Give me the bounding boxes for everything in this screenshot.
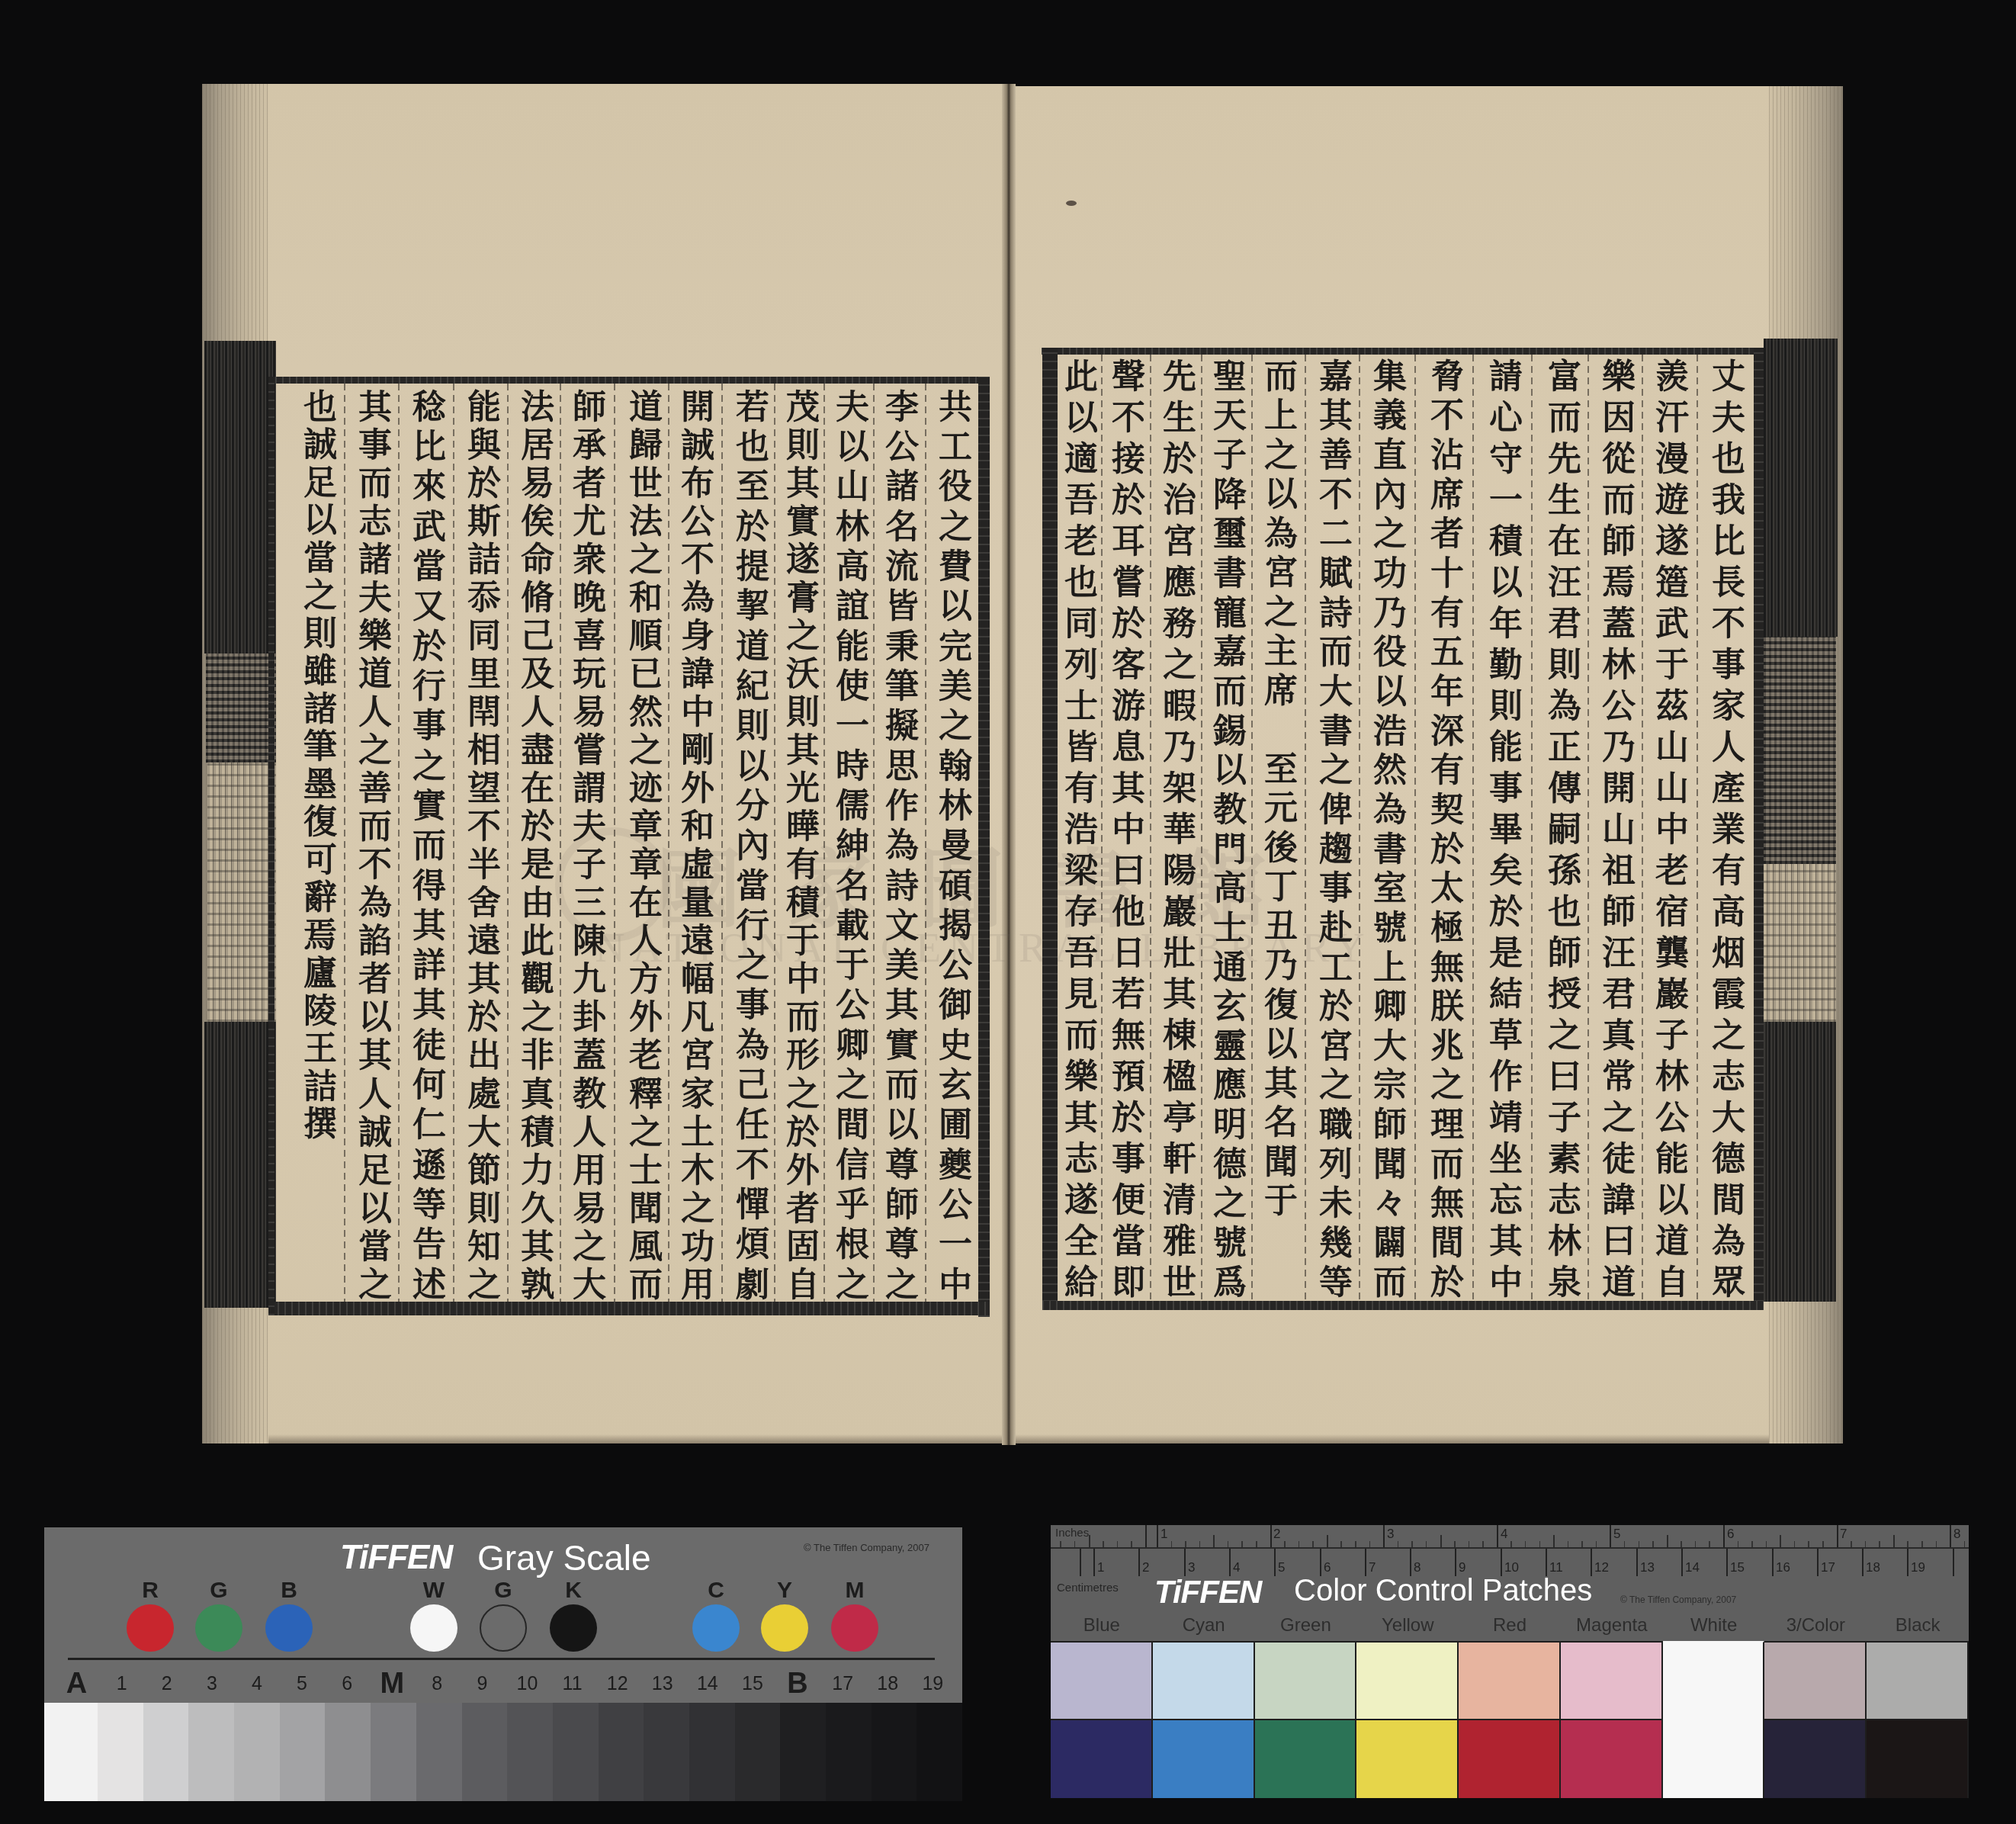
- column-rule: [1587, 355, 1589, 1301]
- light-patch: [1153, 1641, 1255, 1719]
- patch-label: Cyan: [1153, 1614, 1255, 1641]
- light-patch: [1663, 1641, 1765, 1719]
- left-frame-bottom: [271, 1302, 990, 1315]
- column-rule: [1414, 355, 1416, 1301]
- gray-patch: [143, 1703, 189, 1801]
- patch-column-cyan: Cyan: [1153, 1614, 1255, 1798]
- left-frame-top: [268, 377, 990, 384]
- patch-column-red: Red: [1459, 1614, 1561, 1798]
- inch-ruler: [1051, 1525, 1969, 1549]
- light-patch: [1356, 1641, 1459, 1719]
- gray-scale-labels: A 1 2 3 4 5 6 M 8 9 10 11 12 13 14 15 B …: [54, 1667, 955, 1700]
- cm-number: 15: [1730, 1560, 1745, 1575]
- patch-label: Black: [1867, 1614, 1969, 1641]
- patch-label: 3/Color: [1764, 1614, 1867, 1641]
- magenta-dot-icon: [831, 1604, 878, 1652]
- light-patch: [1255, 1641, 1357, 1719]
- text-column: 法居易俟命脩己及人盡在於是由此觀之非真積力久其孰: [509, 389, 558, 1300]
- paper-stain: [1066, 201, 1077, 206]
- column-rule: [398, 384, 400, 1302]
- dot-label: G: [195, 1578, 242, 1603]
- patch-column-white: White: [1663, 1614, 1765, 1798]
- copyright-text: © The Tiffen Company, 2007: [1620, 1594, 1736, 1605]
- dot-label: M: [831, 1578, 878, 1603]
- gray-patch: [689, 1703, 735, 1801]
- text-column: 道歸世法之和順已然之迹章章在人方外老釋之士聞風而: [618, 389, 666, 1300]
- cm-number: 19: [1911, 1560, 1925, 1575]
- cm-number: 7: [1369, 1560, 1376, 1575]
- text-column: 若也至於提挈道紀則以分內當行之事為己任不憚煩劇: [724, 389, 773, 1300]
- inch-number: 8: [1953, 1527, 1960, 1542]
- inch-number: 7: [1840, 1527, 1847, 1542]
- dot-label: R: [127, 1578, 174, 1603]
- text-column: 富而先生在汪君則為正傳嗣孫也師授之曰子素志林泉: [1536, 358, 1585, 1298]
- black-dot-icon: [550, 1604, 597, 1652]
- gray-patch: [507, 1703, 553, 1801]
- column-rule: [1359, 355, 1360, 1301]
- gray-patch: [280, 1703, 326, 1801]
- text-column: 聖天子降璽書寵嘉而錫以教門高士通玄靈應明德之號爲: [1202, 358, 1250, 1298]
- scale-label: 8: [415, 1667, 460, 1700]
- dot-label: W: [410, 1578, 457, 1603]
- cm-number: 8: [1414, 1560, 1421, 1575]
- text-column: 稔比來武當又於行事之實而得其詳其徒何仁遜等告述: [401, 389, 450, 1300]
- inch-number: 4: [1501, 1527, 1507, 1542]
- green-dot-icon: [195, 1604, 242, 1652]
- column-rule: [1697, 355, 1698, 1301]
- inches-label: Inches: [1055, 1527, 1089, 1540]
- cm-number: 16: [1776, 1560, 1790, 1575]
- cm-number: 18: [1866, 1560, 1880, 1575]
- patch-column-yellow: Yellow: [1356, 1614, 1459, 1798]
- color-control-title: Color Control Patches: [1294, 1574, 1592, 1608]
- text-column: 李公諸名流皆秉筆擬思作為詩文美其實而以尊師尊之: [874, 389, 923, 1300]
- light-patch: [1459, 1641, 1561, 1719]
- scale-label: 12: [595, 1667, 640, 1700]
- centimetres-label: Centimetres: [1057, 1582, 1119, 1594]
- scale-label: 19: [910, 1667, 955, 1700]
- inch-number: 3: [1387, 1527, 1394, 1542]
- scale-label: 10: [505, 1667, 550, 1700]
- patch-label: Green: [1255, 1614, 1357, 1641]
- scale-label: 6: [325, 1667, 370, 1700]
- red-dot-icon: [127, 1604, 174, 1652]
- dark-patch: [1153, 1719, 1255, 1798]
- patch-column-black: Black: [1867, 1614, 1969, 1798]
- color-dot-red: R: [127, 1578, 174, 1652]
- light-patch: [1561, 1641, 1663, 1719]
- patch-label: Red: [1459, 1614, 1561, 1641]
- right-edge-ink-band: [1761, 1022, 1836, 1302]
- right-edge-ink-band: [1761, 864, 1836, 1022]
- left-frame-right: [978, 377, 990, 1317]
- color-dot-yellow: Y: [761, 1578, 808, 1652]
- page-bottom-edge: [202, 1434, 1843, 1443]
- dot-label: C: [692, 1578, 740, 1603]
- text-column: 此以適吾老也同列士皆有浩梁存吾見而樂其志遂全給: [1053, 358, 1102, 1298]
- gray-patch: [462, 1703, 508, 1801]
- patch-label: Yellow: [1356, 1614, 1459, 1641]
- dark-patch: [1051, 1719, 1153, 1798]
- text-column: 開誠布公不為身諱中剛外和虛量遠幅凡宮家土木之功用: [669, 389, 718, 1300]
- scale-label: 11: [550, 1667, 595, 1700]
- scale-label: 13: [640, 1667, 685, 1700]
- dot-label: B: [265, 1578, 313, 1603]
- text-column: 樂因從而師焉蓋林公乃開山祖師汪君真常之徒諱曰道: [1591, 358, 1639, 1298]
- scale-label: B: [775, 1667, 820, 1700]
- gray-patch: [735, 1703, 781, 1801]
- patch-column-green: Green: [1255, 1614, 1357, 1798]
- column-rule: [507, 384, 509, 1302]
- gray-patch: [98, 1703, 143, 1801]
- text-column: 夫以山林高誼能使一時儒紳名載于公卿之間信乎根之: [824, 389, 873, 1300]
- book-gutter: [1002, 84, 1016, 1445]
- scale-label: 17: [820, 1667, 865, 1700]
- color-patch-grid: Blue Cyan Green Yellow Red Magenta White…: [1051, 1614, 1969, 1798]
- text-column: 能與於斯詰忝同里閈相望不半舍遠其於出處大節則知之: [456, 389, 505, 1300]
- patch-column-3-color: 3/Color: [1764, 1614, 1867, 1798]
- right-edge-ink-band: [1758, 637, 1836, 864]
- patch-column-blue: Blue: [1051, 1614, 1153, 1798]
- inch-number: 6: [1727, 1527, 1734, 1542]
- gray-scale-strip: [44, 1703, 962, 1801]
- cm-number: 13: [1640, 1560, 1655, 1575]
- gray-patch: [644, 1703, 689, 1801]
- dark-patch: [1663, 1719, 1765, 1798]
- gray-patch: [553, 1703, 599, 1801]
- gray-patch: [826, 1703, 872, 1801]
- text-column: 集義直內之功乃役以浩然為書室號上卿大宗師聞々闢而: [1362, 358, 1411, 1298]
- text-column-signature: 也誠足以當之則雖諸筆墨復可辭焉廬陵王詰撰: [292, 389, 341, 1300]
- text-column: 脅不沾席者十有五年深有契於太極無朕兆之理而無間於: [1419, 358, 1468, 1298]
- dark-patch: [1867, 1719, 1969, 1798]
- cm-number: 11: [1549, 1560, 1563, 1575]
- light-patch: [1051, 1641, 1153, 1719]
- gray-patch: [917, 1703, 962, 1801]
- gray-patch: [599, 1703, 644, 1801]
- column-rule: [1642, 355, 1643, 1301]
- right-frame-right: [1754, 348, 1764, 1310]
- left-edge-ink-band: [204, 341, 276, 653]
- dot-label: G: [480, 1578, 527, 1603]
- column-rule: [1305, 355, 1306, 1301]
- color-dot-magenta: M: [831, 1578, 878, 1652]
- cm-number: 3: [1188, 1560, 1195, 1575]
- column-rule: [1472, 355, 1474, 1301]
- color-dot-blue: B: [265, 1578, 313, 1652]
- copyright-text: © The Tiffen Company, 2007: [804, 1542, 929, 1553]
- text-column: 丈夫也我比長不事家人產業有高烟霞之志大德間為眾: [1700, 358, 1749, 1298]
- cm-number: 5: [1278, 1560, 1285, 1575]
- light-patch: [1764, 1641, 1867, 1719]
- column-rule: [1531, 355, 1533, 1301]
- text-column: 聲不接於耳嘗於客游息其中曰他日若無預於事便當即: [1100, 358, 1149, 1298]
- color-dot-white: W: [410, 1578, 457, 1652]
- left-frame-left: [268, 377, 274, 1315]
- dark-patch: [1764, 1719, 1867, 1798]
- cm-number: 6: [1324, 1560, 1331, 1575]
- tiffen-logo: TiFFEN: [1154, 1574, 1261, 1610]
- patch-column-magenta: Magenta: [1561, 1614, 1663, 1798]
- gray-patch: [234, 1703, 280, 1801]
- cm-number: 17: [1821, 1560, 1835, 1575]
- gray-patch: [188, 1703, 234, 1801]
- column-rule: [925, 384, 926, 1302]
- gray-outline-dot-icon: [480, 1604, 527, 1652]
- text-column: 共工役之費以完美之翰林曼碩揭公御史玄圃夔公一中: [927, 389, 976, 1300]
- cm-number: 4: [1233, 1560, 1240, 1575]
- color-dot-green: G: [195, 1578, 242, 1652]
- cm-number: 9: [1459, 1560, 1465, 1575]
- dot-label: Y: [761, 1578, 808, 1603]
- right-frame-bottom: [1042, 1301, 1764, 1310]
- text-column: 請心守一積以年勤則能事畢矣於是結草作靖坐忘其中: [1478, 358, 1526, 1298]
- text-column: 嘉其善不二賦詩而大書之俾趨事赴工於宮之職列未幾等: [1308, 358, 1356, 1298]
- scale-label: A: [54, 1667, 99, 1700]
- cyan-dot-icon: [692, 1604, 740, 1652]
- text-column: 羨汗漫遊遂簉武于茲山山中老宿龔巖子林公能以道自: [1644, 358, 1693, 1298]
- white-dot-icon: [410, 1604, 457, 1652]
- dark-patch: [1356, 1719, 1459, 1798]
- gray-patch: [780, 1703, 826, 1801]
- dark-patch: [1561, 1719, 1663, 1798]
- column-rule: [614, 384, 615, 1302]
- color-dot-gray: G: [480, 1578, 527, 1652]
- left-edge-ink-band: [206, 653, 276, 763]
- cm-number: 1: [1097, 1560, 1104, 1575]
- gray-patch: [44, 1703, 98, 1801]
- dark-patch: [1459, 1719, 1561, 1798]
- inch-number: 2: [1273, 1527, 1280, 1542]
- text-column: 茂則其實遂膏之沃則其光曄有積于中而形之於外者固自: [775, 389, 823, 1300]
- left-edge-ink-band: [207, 763, 276, 1022]
- left-edge-ink-band: [204, 1022, 276, 1308]
- light-patch: [1867, 1641, 1969, 1719]
- scale-label: 14: [685, 1667, 730, 1700]
- patch-label: Blue: [1051, 1614, 1153, 1641]
- scale-label: M: [370, 1667, 415, 1700]
- gray-patch: [872, 1703, 917, 1801]
- patch-label: Magenta: [1561, 1614, 1663, 1641]
- cm-number: 12: [1594, 1560, 1609, 1575]
- gray-scale-title: Gray Scale: [477, 1537, 651, 1578]
- right-frame-top: [1042, 348, 1764, 355]
- scale-label: 15: [730, 1667, 775, 1700]
- scale-label: 2: [144, 1667, 189, 1700]
- tiffen-logo: TiFFEN: [340, 1539, 452, 1577]
- cm-number: 2: [1142, 1560, 1149, 1575]
- yellow-dot-icon: [761, 1604, 808, 1652]
- gray-patch: [325, 1703, 371, 1801]
- scale-label: 9: [460, 1667, 505, 1700]
- gray-patch: [371, 1703, 416, 1801]
- text-column: 而上之以為宮之主席 至元後丁丑乃復以其名聞于: [1253, 358, 1302, 1298]
- divider-line: [68, 1658, 935, 1660]
- inch-number: 1: [1160, 1527, 1167, 1542]
- dot-label: K: [550, 1578, 597, 1603]
- color-dot-cyan: C: [692, 1578, 740, 1652]
- column-rule: [344, 384, 345, 1302]
- text-column: 先生於治宮應務之暇乃架華陽巖壯其棟楹亭軒清雅世: [1151, 358, 1200, 1298]
- color-dot-black: K: [550, 1578, 597, 1652]
- right-edge-ink-band: [1764, 339, 1838, 637]
- scale-label: 1: [99, 1667, 144, 1700]
- cm-number: 14: [1685, 1560, 1700, 1575]
- text-column: 師承者尤衆晚喜玩易嘗謂夫子三陳九卦蓋教人用易之大: [561, 389, 610, 1300]
- inch-number: 5: [1613, 1527, 1620, 1542]
- dark-patch: [1255, 1719, 1357, 1798]
- scale-label: 5: [279, 1667, 324, 1700]
- column-rule: [721, 384, 723, 1302]
- scale-label: 18: [865, 1667, 910, 1700]
- gray-patch: [416, 1703, 462, 1801]
- column-rule: [453, 384, 454, 1302]
- blue-dot-icon: [265, 1604, 313, 1652]
- scale-label: 3: [189, 1667, 234, 1700]
- patch-label: White: [1663, 1614, 1765, 1641]
- text-column: 其事而志諸夫樂道人之善而不為諂者以其人誠足以當之: [347, 389, 396, 1300]
- cm-number: 10: [1504, 1560, 1519, 1575]
- scale-label: 4: [234, 1667, 279, 1700]
